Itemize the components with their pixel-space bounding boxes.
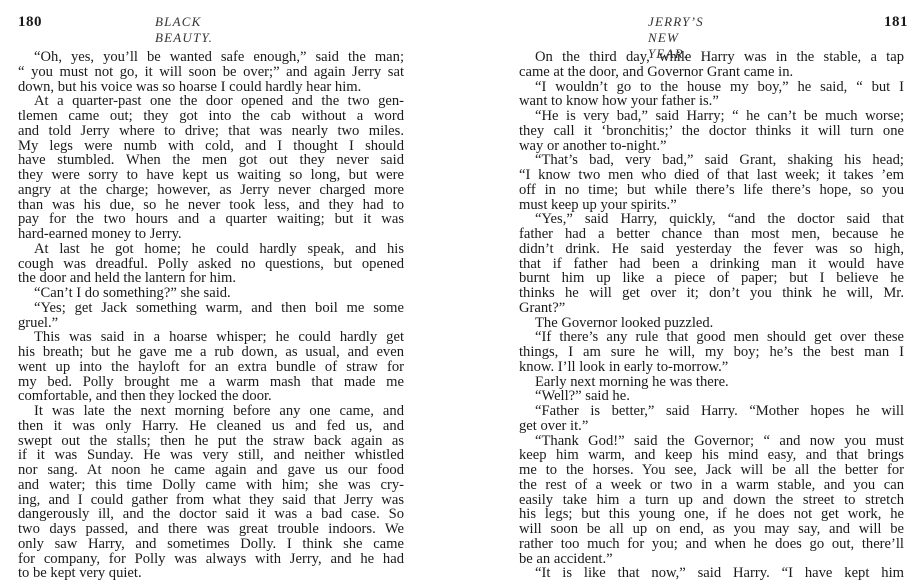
text-line: “Yes; get Jack something warm, and then … [18,301,404,316]
text-line: if it was Sunday. He was very still, and… [18,448,404,463]
text-line: At a quarter-past one the door opened an… [18,94,404,109]
text-line: “Well?” said he. [519,389,904,404]
text-line: they were sorry to have kept us waiting … [18,168,404,183]
text-line: “Father is better,” said Harry. “Mother … [519,404,904,419]
text-line: hard-earned money to Jerry. [18,227,404,242]
text-line: and told Jerry where to drive; that was … [18,124,404,139]
text-line: angry at the charge; however, as Jerry n… [18,183,404,198]
text-line: The Governor looked puzzled. [519,316,904,331]
page-number: 181 [884,14,908,31]
text-line: his legs; but this young one, if he does… [519,507,904,522]
text-line: pay for the two hours and a quarter wait… [18,212,404,227]
text-line: the rest of a week or two in a warm stab… [519,478,904,493]
text-line: father had a better chance than most men… [519,227,904,242]
text-line: “It is like that now,” said Harry. “I ha… [519,566,904,581]
text-line: rather too much for you; and when he doe… [519,537,904,552]
text-line: nor sang. At noon he came again and gave… [18,463,404,478]
text-line: On the third day, while Harry was in the… [519,50,904,65]
text-line: the door and held the lantern for him. [18,271,404,286]
text-line: want to know how your father is.” [519,94,904,109]
text-line: to be kept very quiet. [18,566,404,581]
text-line: only saw Harry, and sometimes Dolly. I t… [18,537,404,552]
text-line: easily take him a turn up and down the s… [519,493,904,508]
text-line: “I know two men who died of that last we… [519,168,904,183]
text-line: for company, for Polly was always with J… [18,552,404,567]
right-page: JERRY’S NEW YEAR. 181 On the third day, … [456,0,911,583]
page-number: 180 [18,14,42,31]
text-line: “That’s bad, very bad,” said Grant, shak… [519,153,904,168]
text-line: be an accident.” [519,552,904,567]
text-line: “If there’s any rule that good men shoul… [519,330,904,345]
text-line: “Oh, yes, you’ll be wanted safe enough,”… [18,50,404,65]
text-line: Early next morning he was there. [519,375,904,390]
text-line: than was his due, so he never took less,… [18,198,404,213]
text-line: will soon be all up on end, as you may s… [519,522,904,537]
text-line: “Can’t I do something?” she said. [18,286,404,301]
text-line: gruel.” [18,316,404,331]
text-line: down, but his voice was so hoarse I coul… [18,80,404,95]
right-page-text: On the third day, while Harry was in the… [519,50,904,581]
text-line: get over it.” [519,419,904,434]
text-line: two days passed, and there was great tro… [18,522,404,537]
text-line: ing, and I could gather from what they s… [18,493,404,508]
text-line: At last he got home; he could hardly spe… [18,242,404,257]
text-line: cough was dreadful. Polly asked no quest… [18,257,404,272]
text-line: “I wouldn’t go to the house my boy,” he … [519,80,904,95]
text-line: way or another to-night.” [519,139,904,154]
text-line: have stumbled. When the men got out they… [18,153,404,168]
text-line: “Thank God!” said the Governor; “ and no… [519,434,904,449]
text-line: and water; this time Dolly came with him… [18,478,404,493]
text-line: didn’t drink. He said yesterday the feve… [519,242,904,257]
text-line: his breath; but he gave me a rub down, a… [18,345,404,360]
text-line: comfortable, and then they locked the do… [18,389,404,404]
text-line: “He is very bad,” said Harry; “ he can’t… [519,109,904,124]
text-line: tlemen came out; they got into the cab w… [18,109,404,124]
text-line: me to the horses. You see, Jack will be … [519,463,904,478]
text-line: This was said in a hoarse whisper; he co… [18,330,404,345]
text-line: my bed. Polly brought me a warm mash tha… [18,375,404,390]
left-page-text: “Oh, yes, you’ll be wanted safe enough,”… [18,50,404,581]
text-line: things, I am sure he will, my boy; he’s … [519,345,904,360]
text-line: keep him warm, and keep his mind easy, a… [519,448,904,463]
text-line: they call it ‘bronchitis;’ the doctor th… [519,124,904,139]
text-line: then it was only Harry. He cleaned us an… [18,419,404,434]
running-head: BLACK BEAUTY. [155,14,213,46]
text-line: came at the door, and Governor Grant cam… [519,65,904,80]
left-page: 180 BLACK BEAUTY. “Oh, yes, you’ll be wa… [0,0,455,583]
text-line: “Yes,” said Harry, quickly, “and the doc… [519,212,904,227]
text-line: thinks he will get over it; don’t you th… [519,286,904,301]
text-line: know. I’ll look in early to-morrow.” [519,360,904,375]
text-line: swept out the stalls; then he put the st… [18,434,404,449]
text-line: that if father had been a drinking man i… [519,257,904,272]
text-line: must keep up your spirits.” [519,198,904,213]
text-line: My legs were numb with cold, and I thoug… [18,139,404,154]
text-line: off in no time; but while there’s life t… [519,183,904,198]
text-line: went up into the hayloft for an extra bu… [18,360,404,375]
text-line: Grant?” [519,301,904,316]
text-line: dangerously ill, and the doctor said it … [18,507,404,522]
text-line: “ you must not go, it will soon be over;… [18,65,404,80]
text-line: It was late the next morning before any … [18,404,404,419]
text-line: burnt him up like a piece of paper; but … [519,271,904,286]
